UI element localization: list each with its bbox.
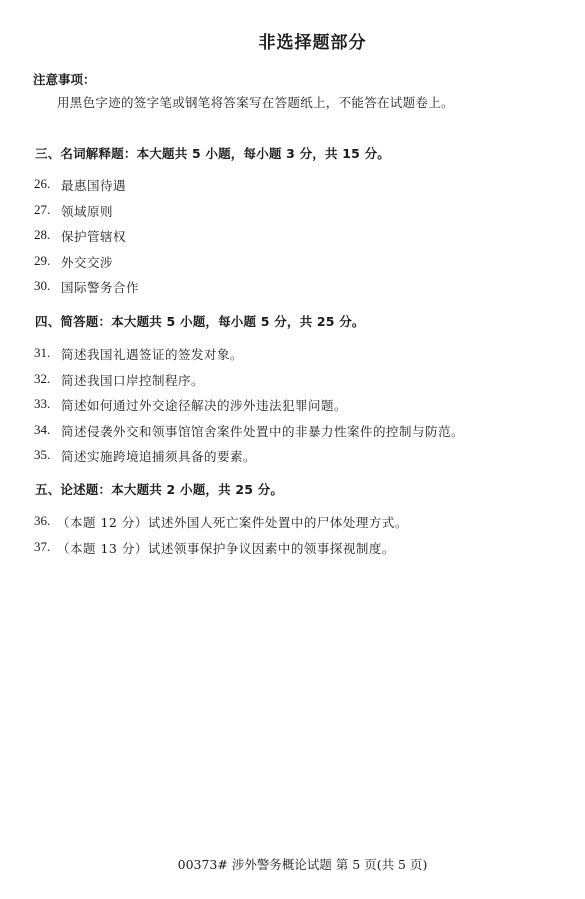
question-text: 领域原则	[61, 202, 113, 228]
question-number: 26.	[34, 176, 61, 202]
question-text: 保护管辖权	[61, 227, 126, 253]
question-list-short-answer: 31.简述我国礼遇签证的签发对象。 32.简述我国口岸控制程序。 33.简述如何…	[34, 345, 464, 473]
notice-label: 注意事项：	[33, 70, 96, 88]
section-heading-definitions: 三、名词解释题：本大题共 5 小题，每小题 3 分，共 15 分。	[35, 144, 390, 162]
question-item: 31.简述我国礼遇签证的签发对象。	[34, 345, 464, 371]
question-number: 32.	[34, 371, 61, 397]
question-item: 30.国际警务合作	[34, 278, 139, 304]
question-item: 34.简述侵袭外交和领事馆馆舍案件处置中的非暴力性案件的控制与防范。	[34, 422, 464, 448]
question-item: 27.领域原则	[34, 202, 139, 228]
question-number: 29.	[34, 253, 61, 279]
question-number: 31.	[34, 345, 61, 371]
question-item: 28.保护管辖权	[34, 227, 139, 253]
question-text: 简述我国口岸控制程序。	[61, 371, 204, 397]
question-text: 国际警务合作	[61, 278, 139, 304]
section-heading-essay: 五、论述题：本大题共 2 小题，共 25 分。	[35, 480, 283, 498]
question-item: 32.简述我国口岸控制程序。	[34, 371, 464, 397]
question-number: 36.	[34, 513, 57, 539]
question-number: 37.	[34, 539, 57, 565]
question-number: 27.	[34, 202, 61, 228]
question-item: 29.外交交涉	[34, 253, 139, 279]
question-item: 36.（本题 12 分）试述外国人死亡案件处置中的尸体处理方式。	[34, 513, 408, 539]
question-item: 33.简述如何通过外交途径解决的涉外违法犯罪问题。	[34, 396, 464, 422]
question-text: 外交交涉	[61, 253, 113, 279]
question-item: 26.最惠国待遇	[34, 176, 139, 202]
question-text: 简述实施跨境追捕须具备的要素。	[61, 447, 256, 473]
section-heading-short-answer: 四、简答题：本大题共 5 小题，每小题 5 分，共 25 分。	[35, 312, 365, 330]
page-footer: 00373# 涉外警务概论试题 第 5 页(共 5 页)	[0, 855, 585, 873]
question-number: 35.	[34, 447, 61, 473]
question-list-definitions: 26.最惠国待遇 27.领域原则 28.保护管辖权 29.外交交涉 30.国际警…	[34, 176, 139, 304]
question-text: （本题 12 分）试述外国人死亡案件处置中的尸体处理方式。	[57, 513, 408, 539]
question-text: 简述侵袭外交和领事馆馆舍案件处置中的非暴力性案件的控制与防范。	[61, 422, 464, 448]
page-title: 非选择题部分	[0, 28, 585, 53]
question-text: 最惠国待遇	[61, 176, 126, 202]
question-number: 28.	[34, 227, 61, 253]
question-list-essay: 36.（本题 12 分）试述外国人死亡案件处置中的尸体处理方式。 37.（本题 …	[34, 513, 408, 564]
question-number: 30.	[34, 278, 61, 304]
notice-text: 用黑色字迹的签字笔或钢笔将答案写在答题纸上，不能答在试题卷上。	[57, 93, 454, 111]
question-number: 34.	[34, 422, 61, 448]
question-text: 简述我国礼遇签证的签发对象。	[61, 345, 243, 371]
question-item: 35.简述实施跨境追捕须具备的要素。	[34, 447, 464, 473]
question-text: 简述如何通过外交途径解决的涉外违法犯罪问题。	[61, 396, 347, 422]
question-text: （本题 13 分）试述领事保护争议因素中的领事探视制度。	[57, 539, 395, 565]
question-item: 37.（本题 13 分）试述领事保护争议因素中的领事探视制度。	[34, 539, 408, 565]
question-number: 33.	[34, 396, 61, 422]
